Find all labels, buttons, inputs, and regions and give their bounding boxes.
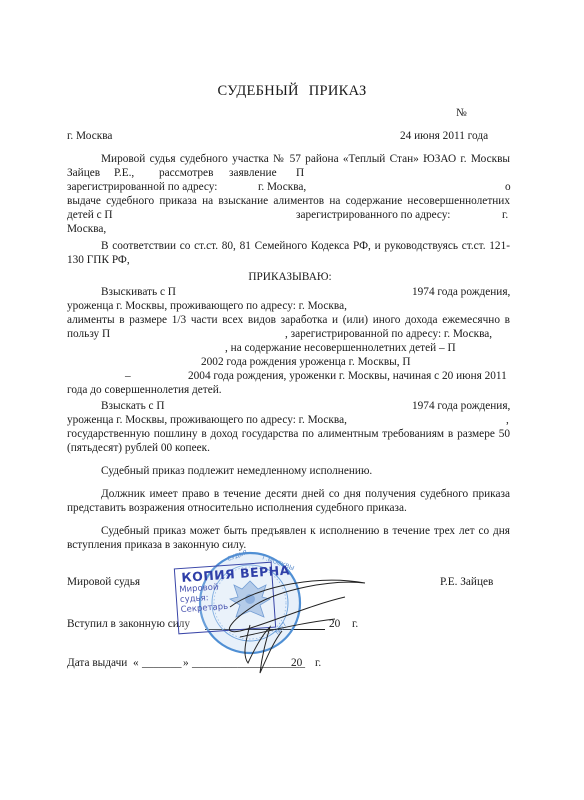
intro-line-1: Мировой судья судебного участка № 57 рай… <box>101 152 510 166</box>
intro-application: заявление <box>229 166 277 180</box>
signature-name: Р.Е. Зайцев <box>440 575 493 589</box>
order2-state-fee: государственную пошлину в доход государс… <box>67 427 510 441</box>
basis-line-1: В соответствии со ст.ст. 80, 81 Семейног… <box>101 239 510 253</box>
order1-dash: – <box>125 369 131 383</box>
objection-line-2: представить возражения относительно испо… <box>67 501 407 515</box>
svg-text:Г.МОСКВЫ: Г.МОСКВЫ <box>261 554 295 572</box>
intro-applicant-initial: П <box>296 166 304 180</box>
order-heading: ПРИКАЗЫВАЮ: <box>60 270 520 284</box>
order-number-label: № <box>456 106 467 120</box>
intro-judge-initials: Р.Е., <box>114 166 134 180</box>
city: г. Москва <box>67 129 112 143</box>
intro-moscow: Москва, <box>67 222 106 236</box>
intro-considering: рассмотрев <box>159 166 213 180</box>
issue-year-prefix: 20 <box>291 656 302 670</box>
order1-registered: , зарегистрированной по адресу: г. Москв… <box>285 327 492 341</box>
order2-residence: уроженца г. Москвы, проживающего по адре… <box>67 413 347 427</box>
issue-label: Дата выдачи <box>67 656 127 670</box>
stamp-line-1: Мировой <box>179 579 272 595</box>
intro-city: г. Москва, <box>258 180 306 194</box>
order1-child1: 2002 года рождения уроженца г. Москвы, П <box>201 355 411 369</box>
intro-registered-male: зарегистрированного по адресу: <box>296 208 450 222</box>
order1-children: , на содержание несовершеннолетних детей… <box>225 341 456 355</box>
issue-close-quote: » <box>183 656 189 670</box>
issue-month-blank: ____________________ <box>192 656 305 670</box>
immediate-execution: Судебный приказ подлежит немедленному ис… <box>101 464 372 478</box>
issue-year-suffix: г. <box>315 656 321 670</box>
order1-until-adulthood: года до совершеннолетия детей. <box>67 383 222 397</box>
effective-date-blank <box>205 629 325 630</box>
order1-alimony: алименты в размере 1/3 части всех видов … <box>67 313 510 327</box>
intro-about: о <box>505 180 511 194</box>
validity-line-1: Судебный приказ может быть предъявлен к … <box>101 524 510 538</box>
stamp-line-3: Секретарь <box>180 599 273 615</box>
order1-child2: 2004 года рождения, уроженки г. Москвы, … <box>188 369 507 383</box>
order1-in-favor-of: пользу П <box>67 327 110 341</box>
intro-city-abbr: г. <box>502 208 508 222</box>
basis-line-2: 130 ГПК РФ, <box>67 253 130 267</box>
issue-day-blank: _______ <box>142 656 182 670</box>
issue-open-quote: « <box>133 656 139 670</box>
stamp-line-2: судья: <box>180 589 273 605</box>
signature-role: Мировой судья <box>67 575 140 589</box>
effective-year-suffix: г. <box>352 617 358 631</box>
order1-collect-from: Взыскивать с П <box>101 285 176 299</box>
intro-line-4: выдаче судебного приказа на взыскание ал… <box>67 194 510 208</box>
validity-line-2: вступления приказа в законную силу. <box>67 538 246 552</box>
order2-amount: (пятьдесят) рублей 00 копеек. <box>67 441 210 455</box>
order-date: 24 июня 2011 года <box>400 129 488 143</box>
order2-collect-from: Взыскать с П <box>101 399 165 413</box>
intro-judge-name: Зайцев <box>67 166 100 180</box>
objection-line-1: Должник имеет право в течение десяти дне… <box>101 487 510 501</box>
order2-comma: , <box>506 413 509 427</box>
court-order-page: СУДЕБНЫЙ ПРИКАЗ № г. Москва 24 июня 2011… <box>0 0 584 800</box>
stamp-title: КОПИЯ ВЕРНА <box>181 565 272 585</box>
intro-children-from: детей с П <box>67 208 113 222</box>
order2-birth-year: 1974 года рождения, <box>412 399 510 413</box>
order1-residence: уроженца г. Москвы, проживающего по адре… <box>67 299 347 313</box>
order1-birth-year: 1974 года рождения, <box>412 285 510 299</box>
effective-year-prefix: 20 <box>329 617 340 631</box>
document-title: СУДЕБНЫЙ ПРИКАЗ <box>0 83 584 100</box>
effective-label: Вступил в законную силу <box>67 617 190 631</box>
intro-registered-at: зарегистрированной по адресу: <box>67 180 217 194</box>
